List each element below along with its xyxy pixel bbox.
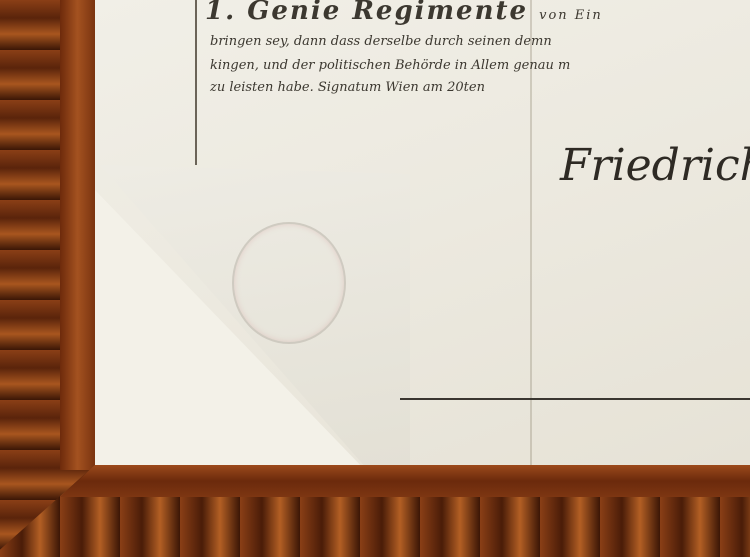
embossed-seal <box>232 222 346 344</box>
frame-bottom-molding <box>60 465 750 497</box>
signature: Friedrich <box>560 140 750 191</box>
heading-line: 1. Genie Regimente von Ein <box>205 0 603 26</box>
text-line-3: kingen, und der politischen Behörde in A… <box>210 58 570 73</box>
margin-line <box>195 0 197 165</box>
text-line-4: zu leisten habe. Signatum Wien am 20ten <box>210 80 485 95</box>
signature-rule <box>400 398 750 400</box>
text-line-2: bringen sey, dann dass derselbe durch se… <box>210 34 552 49</box>
frame-left-molding <box>60 0 95 470</box>
